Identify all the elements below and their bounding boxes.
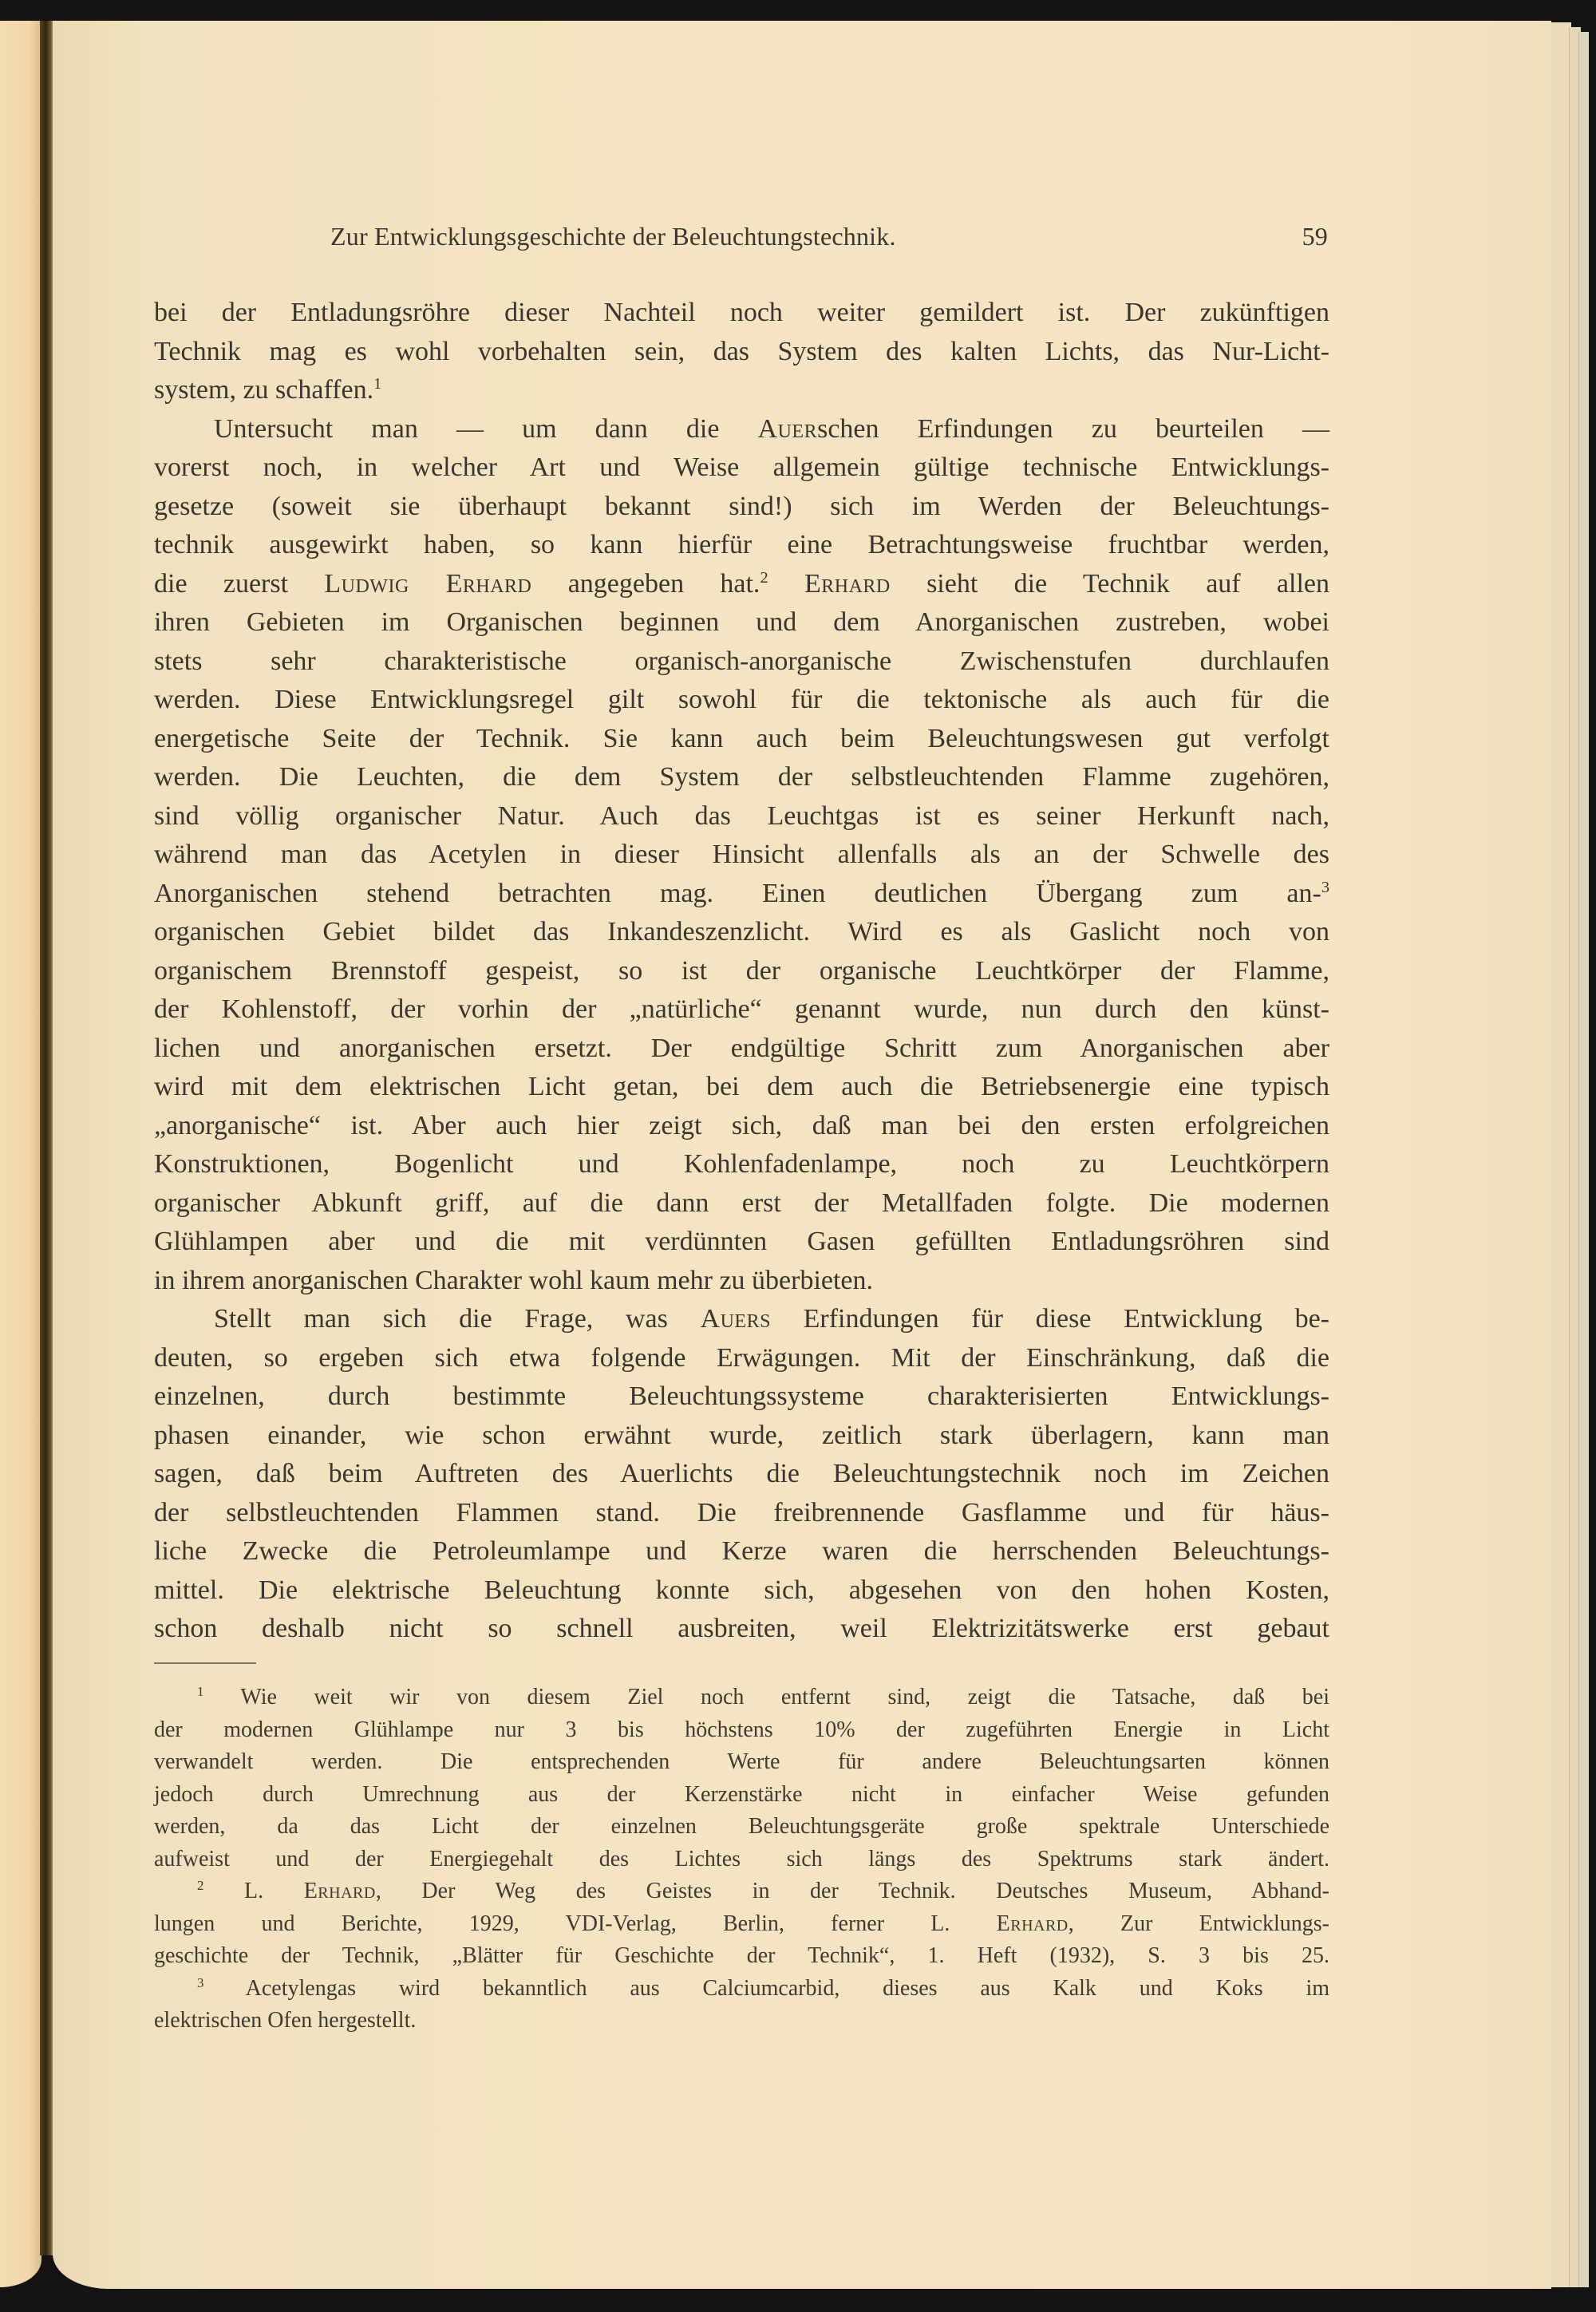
text-line: sagen, daß beim Auftreten des Auerlichts… <box>154 1455 1329 1494</box>
text-run: sieht die Technik auf allen <box>891 569 1329 599</box>
text-run: aufweist und der Energiegehalt des Licht… <box>154 1847 1329 1871</box>
text-line: organischem Brennstoff gespeist, so ist … <box>154 952 1329 991</box>
text-line: werden. Die Leuchten, die dem System der… <box>154 758 1329 797</box>
page-stack-edge <box>1548 22 1571 2287</box>
text-line: Untersucht man — um dann die Auerschen E… <box>154 410 1329 449</box>
text-line: gesetze (soweit sie überhaupt bekannt si… <box>154 488 1329 527</box>
text-line: Konstruktionen, Bogenlicht und Kohlenfad… <box>154 1145 1329 1184</box>
footnote-line: lungen und Berichte, 1929, VDI-Verlag, B… <box>154 1908 1329 1941</box>
footnotes: 1 Wie weit wir von diesem Ziel noch entf… <box>154 1682 1329 2037</box>
text-line: sind völlig organischer Natur. Auch das … <box>154 797 1329 836</box>
text-line: Technik mag es wohl vorbehalten sein, da… <box>154 333 1329 372</box>
text-line: Anorganischen stehend betrachten mag. Ei… <box>154 875 1329 914</box>
page-stack-edge <box>1578 32 1589 2287</box>
text-run: werden, da das Licht der einzelnen Beleu… <box>154 1814 1329 1839</box>
text-run: geschichte der Technik, „Blätter für Ges… <box>154 1943 1329 1968</box>
small-caps-name: Erhard <box>997 1911 1069 1936</box>
text-run: Einen deutlichen Übergang zum an- <box>713 879 1321 908</box>
text-line: organischer Abkunft griff, auf die dann … <box>154 1184 1329 1223</box>
text-run: schen Erfindungen zu beurteilen — <box>817 414 1329 444</box>
text-line: in ihrem anorganischen Charakter wohl ka… <box>154 1262 1329 1301</box>
facing-page-edge <box>0 21 41 2287</box>
text-run: organischer Abkunft griff, auf die dann … <box>154 1188 1329 1218</box>
text-run: mittel. Die elektrische Beleuchtung konn… <box>154 1575 1329 1605</box>
text-run: ihren Gebieten im Organischen beginnen u… <box>154 607 1329 637</box>
text-line: Glühlampen aber und die mit verdünnten G… <box>154 1223 1329 1262</box>
small-caps-name: Erhard <box>304 1879 376 1903</box>
text-run: L. <box>203 1879 303 1903</box>
text-line: phasen einander, wie schon erwähnt wurde… <box>154 1417 1329 1456</box>
text-run: Erfindungen für diese Entwicklung be- <box>771 1304 1329 1334</box>
text-run: werden. Diese Entwicklungsregel gilt sow… <box>154 685 1329 714</box>
text-run: organischem Brennstoff gespeist, so ist … <box>154 956 1329 986</box>
text-line: der Kohlenstoff, der vorhin der „natürli… <box>154 990 1329 1030</box>
text-line: werden. Diese Entwicklungsregel gilt sow… <box>154 681 1329 720</box>
footnote-line: werden, da das Licht der einzelnen Beleu… <box>154 1811 1329 1844</box>
text-line: während man das Acetylen in dieser Hinsi… <box>154 836 1329 875</box>
footnote-line: 1 Wie weit wir von diesem Ziel noch entf… <box>154 1682 1329 1714</box>
text-run: „anorganische“ ist. Aber auch hier zeigt… <box>154 1111 1329 1140</box>
text-run: phasen einander, wie schon erwähnt wurde… <box>154 1421 1329 1450</box>
footnote-line: aufweist und der Energiegehalt des Licht… <box>154 1844 1329 1876</box>
small-caps-name: Auers <box>701 1304 771 1334</box>
text-run: der selbstleuchtenden Flammen stand. Die… <box>154 1498 1329 1528</box>
text-run: verwandelt werden. Die entsprechenden We… <box>154 1749 1329 1774</box>
text-run: Konstruktionen, Bogenlicht und Kohlenfad… <box>154 1149 1329 1179</box>
body-text: bei der Entladungsröhre dieser Nachteil … <box>154 294 1329 1649</box>
small-caps-name: Ludwig Erhard <box>324 569 531 599</box>
text-line: deuten, so ergeben sich etwa folgende Er… <box>154 1339 1329 1378</box>
text-line: energetische Seite der Technik. Sie kann… <box>154 720 1329 759</box>
text-run: technik ausgewirkt haben, so kann hierfü… <box>154 530 1329 559</box>
footnote-line: geschichte der Technik, „Blätter für Ges… <box>154 1940 1329 1973</box>
text-run: schon deshalb nicht so schnell ausbreite… <box>154 1614 1329 1643</box>
text-line: ihren Gebieten im Organischen beginnen u… <box>154 603 1329 642</box>
text-run: liche Zwecke die Petroleumlampe und Kerz… <box>154 1536 1329 1566</box>
text-run: jedoch durch Umrechnung aus der Kerzenst… <box>154 1782 1329 1807</box>
small-caps-name: Erhard <box>804 569 891 599</box>
text-run: Wie weit wir von diesem Ziel noch entfer… <box>203 1685 1329 1709</box>
text-run: der modernen Glühlampe nur 3 bis höchste… <box>154 1717 1329 1742</box>
footnote-line: verwandelt werden. Die entsprechenden We… <box>154 1746 1329 1779</box>
footnote-line: 2 L. Erhard, Der Weg des Geistes in der … <box>154 1875 1329 1908</box>
running-head: Zur Entwicklungsgeschichte der Beleuchtu… <box>330 222 1328 257</box>
text-line: mittel. Die elektrische Beleuchtung konn… <box>154 1571 1329 1610</box>
footnote-line: 3 Acetylengas wird bekanntlich aus Calci… <box>154 1973 1329 2006</box>
footnote-rule <box>154 1662 256 1664</box>
footnote-marker: 1 <box>373 375 381 393</box>
footnote-marker: 3 <box>1321 878 1329 895</box>
text-line: vorerst noch, in welcher Art und Weise a… <box>154 449 1329 488</box>
text-run: elektrischen Ofen hergestellt. <box>154 2008 416 2033</box>
text-line: technik ausgewirkt haben, so kann hierfü… <box>154 526 1329 565</box>
text-line: organischen Gebiet bildet das Inkandesze… <box>154 913 1329 952</box>
text-run: bei der Entladungsröhre dieser Nachteil … <box>154 298 1329 327</box>
footnote-line: elektrischen Ofen hergestellt. <box>154 2005 1329 2037</box>
text-run: werden. Die Leuchten, die dem System der… <box>154 762 1329 792</box>
text-run: sagen, daß beim Auftreten des Auerlichts… <box>154 1459 1329 1488</box>
text-run: , Der Weg des Geistes in der Technik. De… <box>376 1879 1329 1903</box>
text-run: der Kohlenstoff, der vorhin der „natürli… <box>154 994 1329 1024</box>
text-run: Stellt man sich die Frage, was <box>214 1304 701 1334</box>
text-run: deuten, so ergeben sich etwa folgende Er… <box>154 1343 1329 1373</box>
text-run: Acetylengas wird bekanntlich aus Calcium… <box>203 1976 1329 2001</box>
text-run: energetische Seite der Technik. Sie kann… <box>154 724 1329 753</box>
text-run: wird mit dem elektrischen Licht getan, b… <box>154 1072 1329 1101</box>
text-line: einzelnen, durch bestimmte Beleuchtungss… <box>154 1377 1329 1417</box>
text-run: die zuerst <box>154 569 324 599</box>
text-run: lungen und Berichte, 1929, VDI-Verlag, B… <box>154 1911 997 1936</box>
running-title: Zur Entwicklungsgeschichte der Beleuchtu… <box>330 222 896 251</box>
text-run: Glühlampen aber und die mit verdünnten G… <box>154 1227 1329 1256</box>
text-line: liche Zwecke die Petroleumlampe und Kerz… <box>154 1532 1329 1571</box>
text-run <box>768 569 804 599</box>
text-line: schon deshalb nicht so schnell ausbreite… <box>154 1610 1329 1649</box>
text-run: gesetze (soweit sie überhaupt bekannt si… <box>154 492 1329 521</box>
text-line: wird mit dem elektrischen Licht getan, b… <box>154 1068 1329 1107</box>
footnote-line: jedoch durch Umrechnung aus der Kerzenst… <box>154 1779 1329 1812</box>
text-line: „anorganische“ ist. Aber auch hier zeigt… <box>154 1107 1329 1146</box>
text-run: organischen Gebiet bildet das Inkandesze… <box>154 917 1329 947</box>
text-run: stets sehr charakteristische organisch-a… <box>154 646 1329 676</box>
text-run: Technik mag es wohl vorbehalten sein, da… <box>154 337 1329 366</box>
text-run: sind völlig organischer Natur. Auch das … <box>154 801 1329 831</box>
text-run: Anorganischen stehend betrachten mag. <box>154 879 713 908</box>
footnote-marker: 2 <box>760 568 768 586</box>
small-caps-name: Auer <box>758 414 818 444</box>
text-run: einzelnen, durch bestimmte Beleuchtungss… <box>154 1381 1329 1411</box>
text-run: Untersucht man — um dann die <box>214 414 758 444</box>
text-run: angegeben hat. <box>531 569 760 599</box>
text-line: bei der Entladungsröhre dieser Nachteil … <box>154 294 1329 333</box>
text-run: in ihrem anorganischen Charakter wohl ka… <box>154 1266 873 1295</box>
text-line: der selbstleuchtenden Flammen stand. Die… <box>154 1494 1329 1533</box>
text-run: lichen und anorganischen ersetzt. Der en… <box>154 1033 1329 1063</box>
text-line: die zuerst Ludwig Erhard angegeben hat.2… <box>154 565 1329 604</box>
text-run: system, zu schaffen. <box>154 375 373 405</box>
text-line: Stellt man sich die Frage, was Auers Erf… <box>154 1300 1329 1339</box>
text-run: , Zur Entwicklungs- <box>1069 1911 1329 1936</box>
text-run: während man das Acetylen in dieser Hinsi… <box>154 840 1329 869</box>
text-line: system, zu schaffen.1 <box>154 371 1329 410</box>
footnote-line: der modernen Glühlampe nur 3 bis höchste… <box>154 1714 1329 1747</box>
text-run: vorerst noch, in welcher Art und Weise a… <box>154 453 1329 482</box>
page-number: 59 <box>1302 222 1328 251</box>
text-line: stets sehr charakteristische organisch-a… <box>154 642 1329 682</box>
text-line: lichen und anorganischen ersetzt. Der en… <box>154 1030 1329 1069</box>
